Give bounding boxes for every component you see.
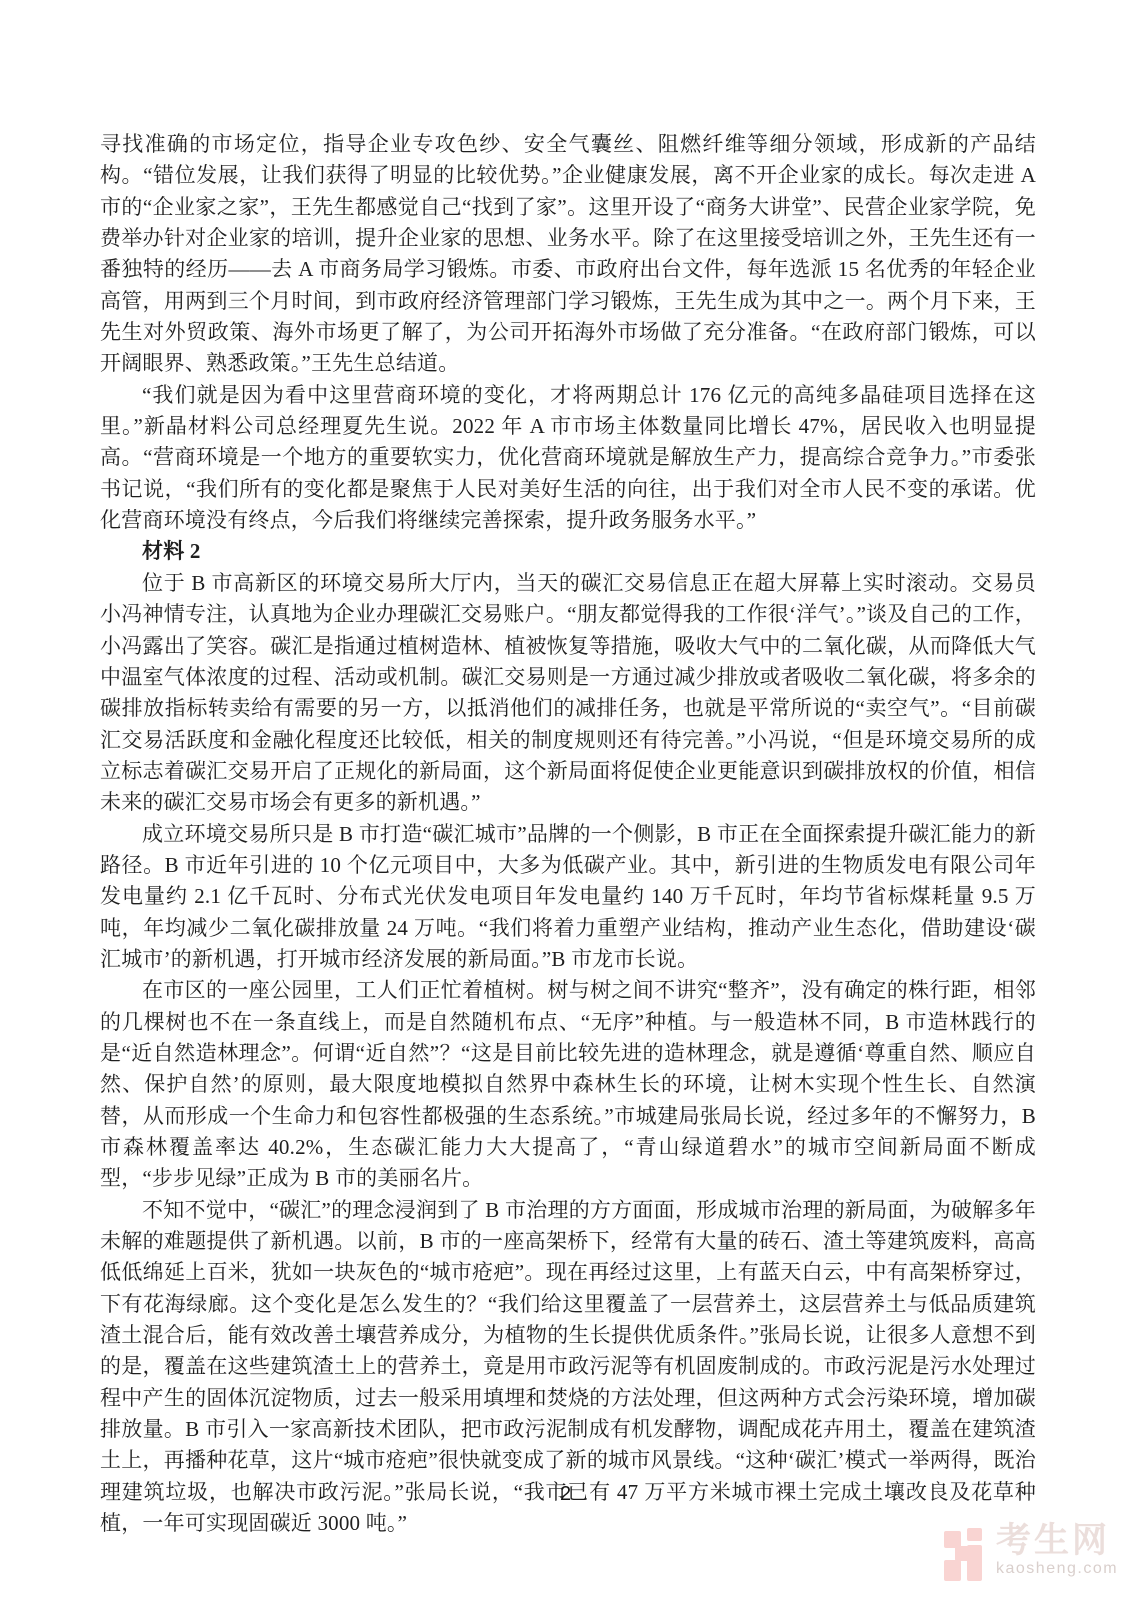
document-page: 寻找准确的市场定位，指导企业专攻色纱、安全气囊丝、阻燃纤维等细分领域，形成新的产… bbox=[0, 0, 1131, 1600]
paragraph: 寻找准确的市场定位，指导企业专攻色纱、安全气囊丝、阻燃纤维等细分领域，形成新的产… bbox=[100, 129, 1036, 380]
paragraph: 成立环境交易所只是 B 市打造“碳汇城市”品牌的一个侧影，B 市正在全面探索提升… bbox=[100, 819, 1036, 976]
paragraph: “我们就是因为看中这里营商环境的变化，才将两期总计 176 亿元的高纯多晶硅项目… bbox=[100, 380, 1036, 537]
kaosheng-logo-icon bbox=[941, 1527, 987, 1585]
watermark-site-name: 考生网 bbox=[996, 1523, 1118, 1559]
watermark-texts: 考生网 kaosheng.com bbox=[996, 1523, 1118, 1578]
material-heading: 材料 2 bbox=[100, 536, 1036, 567]
paragraph: 位于 B 市高新区的环境交易所大厅内，当天的碳汇交易信息正在超大屏幕上实时滚动。… bbox=[100, 568, 1036, 819]
paragraph: 在市区的一座公园里，工人们正忙着植树。树与树之间不讲究“整齐”，没有确定的株行距… bbox=[100, 975, 1036, 1194]
watermark: 考生网 kaosheng.com bbox=[941, 1523, 1118, 1585]
watermark-site-url: kaosheng.com bbox=[996, 1560, 1118, 1578]
page-number: 2 bbox=[0, 1483, 1131, 1506]
document-body: 寻找准确的市场定位，指导企业专攻色纱、安全气囊丝、阻燃纤维等细分领域，形成新的产… bbox=[100, 129, 1036, 1539]
